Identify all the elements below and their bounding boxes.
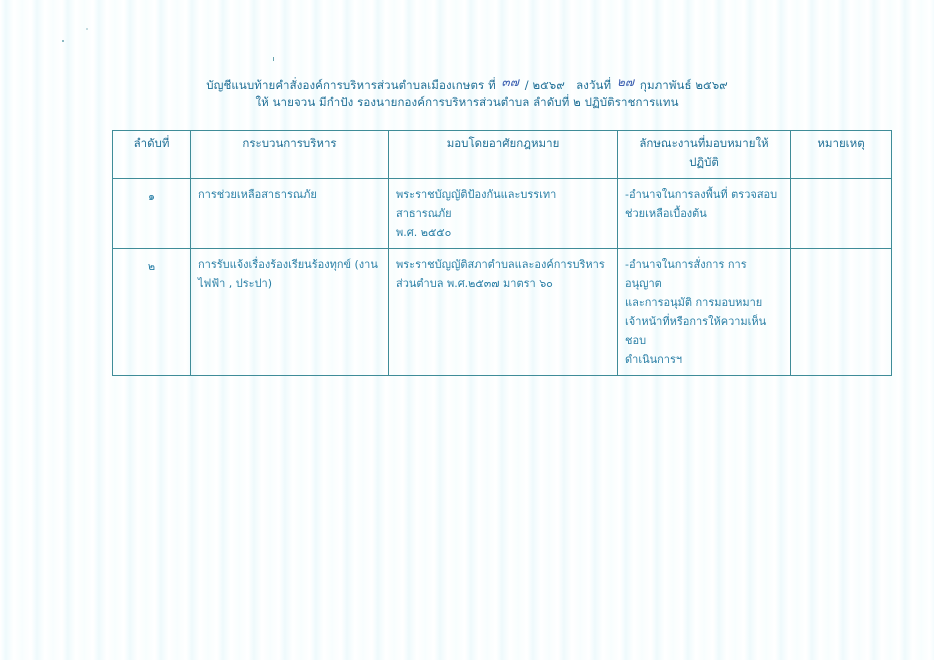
law-line: พระราชบัญญัติสภาตำบลและองค์การบริหาร — [396, 255, 610, 274]
scan-speck — [86, 28, 88, 30]
process-line: การรับแจ้งเรื่องร้องเรียนร้องทุกข์ (งาน — [198, 255, 381, 274]
row-tasks: -อำนาจในการลงพื้นที่ ตรวจสอบ ช่วยเหลือเบ… — [618, 179, 791, 249]
date-label: ลงวันที่ — [576, 78, 611, 92]
month-year: กุมภาพันธ์ ๒๕๖๙ — [640, 78, 728, 92]
column-header-law: มอบโดยอาศัยกฎหมาย — [389, 131, 618, 179]
handwritten-order-number: ๓๗ — [500, 75, 521, 89]
task-line: -อำนาจในการลงพื้นที่ ตรวจสอบ — [625, 185, 783, 204]
law-line: พระราชบัญญัติป้องกันและบรรเทาสาธารณภัย — [396, 185, 610, 223]
table-row: ๑ การช่วยเหลือสาธารณภัย พระราชบัญญัติป้อ… — [113, 179, 892, 249]
law-line: พ.ศ. ๒๕๕๐ — [396, 223, 610, 242]
table-row: ๒ การรับแจ้งเรื่องร้องเรียนร้องทุกข์ (งา… — [113, 249, 892, 376]
task-line: และการอนุมัติ การมอบหมาย — [625, 293, 783, 312]
delegation-table: ลำดับที่ กระบวนการบริหาร มอบโดยอาศัยกฎหม… — [112, 130, 892, 376]
order-year: / ๒๕๖๙ — [525, 78, 565, 92]
scan-speck — [62, 40, 64, 42]
row-process: การช่วยเหลือสาธารณภัย — [191, 179, 389, 249]
row-number: ๑ — [113, 179, 191, 249]
row-number: ๒ — [113, 249, 191, 376]
table-header-row: ลำดับที่ กระบวนการบริหาร มอบโดยอาศัยกฎหม… — [113, 131, 892, 179]
row-process: การรับแจ้งเรื่องร้องเรียนร้องทุกข์ (งาน … — [191, 249, 389, 376]
task-line: -อำนาจในการสั่งการ การอนุญาต — [625, 255, 783, 293]
process-line: การช่วยเหลือสาธารณภัย — [198, 185, 381, 204]
document-heading-line2: ให้ นายจวน มีกำปัง รองนายกองค์การบริหารส… — [0, 94, 934, 112]
heading-prefix: บัญชีแนบท้ายคำสั่งองค์การบริหารส่วนตำบลเ… — [206, 78, 496, 92]
row-tasks: -อำนาจในการสั่งการ การอนุญาต และการอนุมั… — [618, 249, 791, 376]
process-line: ไฟฟ้า , ประปา) — [198, 274, 381, 293]
row-remark — [791, 179, 892, 249]
handwritten-day: ๒๗ — [615, 75, 636, 89]
row-law: พระราชบัญญัติป้องกันและบรรเทาสาธารณภัย พ… — [389, 179, 618, 249]
law-line: ส่วนตำบล พ.ศ.๒๕๓๗ มาตรา ๖๐ — [396, 274, 610, 293]
task-line: เจ้าหน้าที่หรือการให้ความเห็นชอบ — [625, 312, 783, 350]
task-line: ดำเนินการฯ — [625, 350, 783, 369]
row-remark — [791, 249, 892, 376]
document-heading-line1: บัญชีแนบท้ายคำสั่งองค์การบริหารส่วนตำบลเ… — [0, 76, 934, 95]
column-header-process: กระบวนการบริหาร — [191, 131, 389, 179]
scan-speck — [273, 57, 274, 61]
row-law: พระราชบัญญัติสภาตำบลและองค์การบริหาร ส่ว… — [389, 249, 618, 376]
task-line: ช่วยเหลือเบื้องต้น — [625, 204, 783, 223]
column-header-number: ลำดับที่ — [113, 131, 191, 179]
column-header-tasks: ลักษณะงานที่มอบหมายให้ปฏิบัติ — [618, 131, 791, 179]
column-header-remark: หมายเหตุ — [791, 131, 892, 179]
